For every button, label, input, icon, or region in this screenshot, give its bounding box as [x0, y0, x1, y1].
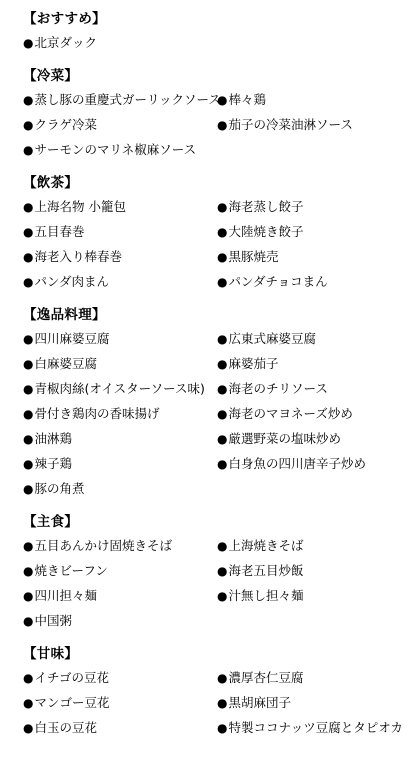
menu-row: ●四川担々麺●汁無し担々麺 — [23, 583, 405, 608]
menu-row: ●白麻婆豆腐●麻婆茄子 — [23, 351, 405, 376]
menu-item-label: 白麻婆豆腐 — [34, 356, 97, 371]
menu-item: ●パンダ肉まん — [23, 269, 217, 294]
bullet-icon: ● — [23, 457, 33, 471]
menu-item-label: 五目春巻 — [34, 224, 84, 239]
menu-item-label: 厳選野菜の塩味炒め — [228, 431, 341, 446]
menu-item: ●四川担々麺 — [23, 583, 217, 608]
menu-row: ●クラゲ冷菜●茄子の冷菜油淋ソース — [23, 112, 405, 137]
menu-row: ●辣子鶏●白身魚の四川唐辛子炒め — [23, 451, 405, 476]
menu-item: ●骨付き鶏肉の香味揚げ — [23, 401, 217, 426]
menu-item: ●イチゴの豆花 — [23, 665, 217, 690]
menu-item: ●茄子の冷菜油淋ソース — [217, 112, 405, 137]
bullet-icon: ● — [23, 382, 33, 396]
menu-item: ●パンダチョコまん — [217, 269, 405, 294]
menu-item-label: 茄子の冷菜油淋ソース — [228, 117, 352, 132]
menu-item — [217, 608, 405, 633]
bullet-icon: ● — [217, 564, 227, 578]
menu-section: 【主食】●五目あんかけ固焼きそば●上海焼きそば●焼きビーフン●海老五目炒飯●四川… — [23, 511, 405, 633]
bullet-icon: ● — [217, 382, 227, 396]
menu-item: ●黒胡麻団子 — [217, 690, 405, 715]
menu-item: ●広東式麻婆豆腐 — [217, 326, 405, 351]
menu-section: 【おすすめ】●北京ダック — [23, 8, 405, 55]
menu-item-label: 大陸焼き餃子 — [228, 224, 303, 239]
menu-item-label: 北京ダック — [34, 35, 97, 50]
menu-item-label: パンダ肉まん — [34, 274, 109, 289]
bullet-icon: ● — [23, 200, 33, 214]
menu-item: ●蒸し豚の重慶式ガーリックソース — [23, 87, 217, 112]
menu-item: ●五目あんかけ固焼きそば — [23, 533, 217, 558]
bullet-icon: ● — [217, 250, 227, 264]
menu-item-label: 黒胡麻団子 — [228, 695, 291, 710]
menu-item: ●海老五目炒飯 — [217, 558, 405, 583]
menu-item-label: 骨付き鶏肉の香味揚げ — [34, 406, 159, 421]
menu-item: ●サーモンのマリネ椒麻ソース — [23, 137, 217, 162]
menu-item: ●海老蒸し餃子 — [217, 194, 405, 219]
menu-item-label: 海老のマヨネーズ炒め — [228, 406, 352, 421]
bullet-icon: ● — [217, 118, 227, 132]
menu-item: ●中国粥 — [23, 608, 217, 633]
menu-row: ●油淋鶏●厳選野菜の塩味炒め — [23, 426, 405, 451]
menu-item: ●海老入り棒春巻 — [23, 244, 217, 269]
menu-item-label: 蒸し豚の重慶式ガーリックソース — [34, 92, 220, 107]
menu-row: ●四川麻婆豆腐●広東式麻婆豆腐 — [23, 326, 405, 351]
menu-item: ●豚の角煮 — [23, 476, 217, 501]
bullet-icon: ● — [23, 36, 33, 50]
menu-item-label: 棒々鶏 — [228, 92, 266, 107]
bullet-icon: ● — [217, 93, 227, 107]
menu-item-label: 上海焼きそば — [228, 538, 303, 553]
section-title: 【逸品料理】 — [23, 304, 405, 326]
bullet-icon: ● — [217, 721, 227, 735]
menu-item: ●黒豚焼売 — [217, 244, 405, 269]
bullet-icon: ● — [217, 696, 227, 710]
menu-item: ●青椒肉絲(オイスターソース味) — [23, 376, 217, 401]
menu-item-label: 海老五目炒飯 — [228, 563, 303, 578]
menu-item — [217, 30, 405, 55]
menu-row: ●海老入り棒春巻●黒豚焼売 — [23, 244, 405, 269]
menu-item-label: 上海名物 小籠包 — [34, 199, 125, 214]
menu-row: ●白玉の豆花●特製ココナッツ豆腐とタピオカミルク — [23, 715, 405, 740]
section-title: 【飲茶】 — [23, 172, 405, 194]
bullet-icon: ● — [23, 482, 33, 496]
menu-row: ●マンゴー豆花●黒胡麻団子 — [23, 690, 405, 715]
menu-row: ●五目あんかけ固焼きそば●上海焼きそば — [23, 533, 405, 558]
menu-item-label: サーモンのマリネ椒麻ソース — [34, 142, 196, 157]
menu-item-label: 油淋鶏 — [34, 431, 72, 446]
bullet-icon: ● — [23, 250, 33, 264]
menu-row: ●豚の角煮 — [23, 476, 405, 501]
menu-row: ●パンダ肉まん●パンダチョコまん — [23, 269, 405, 294]
menu-item-label: 五目あんかけ固焼きそば — [34, 538, 172, 553]
menu-row: ●蒸し豚の重慶式ガーリックソース●棒々鶏 — [23, 87, 405, 112]
menu-item-label: 中国粥 — [34, 613, 72, 628]
menu-item-label: 麻婆茄子 — [228, 356, 278, 371]
bullet-icon: ● — [217, 457, 227, 471]
menu-row: ●イチゴの豆花●濃厚杏仁豆腐 — [23, 665, 405, 690]
menu-item — [217, 476, 405, 501]
bullet-icon: ● — [217, 275, 227, 289]
menu-item-label: 白身魚の四川唐辛子炒め — [228, 456, 366, 471]
bullet-icon: ● — [23, 225, 33, 239]
section-title: 【甘味】 — [23, 643, 405, 665]
menu-item-label: パンダチョコまん — [228, 274, 327, 289]
menu-item-label: 特製ココナッツ豆腐とタピオカミルク — [228, 720, 405, 735]
menu-row: ●青椒肉絲(オイスターソース味)●海老のチリソース — [23, 376, 405, 401]
menu-item-label: マンゴー豆花 — [34, 695, 109, 710]
menu-item: ●特製ココナッツ豆腐とタピオカミルク — [217, 715, 405, 740]
menu-item-label: 黒豚焼売 — [228, 249, 278, 264]
menu-item-label: 広東式麻婆豆腐 — [228, 331, 316, 346]
menu-item-label: 青椒肉絲(オイスターソース味) — [34, 381, 204, 396]
menu-item-label: 海老入り棒春巻 — [34, 249, 122, 264]
menu-row: ●サーモンのマリネ椒麻ソース — [23, 137, 405, 162]
menu-item: ●海老のチリソース — [217, 376, 405, 401]
menu-item: ●麻婆茄子 — [217, 351, 405, 376]
menu-item-label: 海老のチリソース — [228, 381, 327, 396]
menu-item-label: 濃厚杏仁豆腐 — [228, 670, 303, 685]
bullet-icon: ● — [217, 225, 227, 239]
bullet-icon: ● — [217, 200, 227, 214]
bullet-icon: ● — [23, 721, 33, 735]
bullet-icon: ● — [217, 589, 227, 603]
menu-item: ●マンゴー豆花 — [23, 690, 217, 715]
menu-item: ●白身魚の四川唐辛子炒め — [217, 451, 405, 476]
menu-item-label: 四川麻婆豆腐 — [34, 331, 109, 346]
section-title: 【冷菜】 — [23, 65, 405, 87]
menu-item: ●クラゲ冷菜 — [23, 112, 217, 137]
bullet-icon: ● — [23, 539, 33, 553]
menu-item: ●濃厚杏仁豆腐 — [217, 665, 405, 690]
bullet-icon: ● — [217, 407, 227, 421]
menu-item: ●棒々鶏 — [217, 87, 405, 112]
bullet-icon: ● — [23, 357, 33, 371]
menu-section: 【甘味】●イチゴの豆花●濃厚杏仁豆腐●マンゴー豆花●黒胡麻団子●白玉の豆花●特製… — [23, 643, 405, 740]
bullet-icon: ● — [23, 407, 33, 421]
bullet-icon: ● — [23, 589, 33, 603]
menu-item — [217, 137, 405, 162]
bullet-icon: ● — [23, 332, 33, 346]
bullet-icon: ● — [217, 432, 227, 446]
menu-item-label: 白玉の豆花 — [34, 720, 97, 735]
menu-item: ●海老のマヨネーズ炒め — [217, 401, 405, 426]
menu-section: 【逸品料理】●四川麻婆豆腐●広東式麻婆豆腐●白麻婆豆腐●麻婆茄子●青椒肉絲(オイ… — [23, 304, 405, 501]
menu-item: ●辣子鶏 — [23, 451, 217, 476]
menu-item: ●上海名物 小籠包 — [23, 194, 217, 219]
menu-item: ●上海焼きそば — [217, 533, 405, 558]
bullet-icon: ● — [217, 539, 227, 553]
menu-item: ●油淋鶏 — [23, 426, 217, 451]
menu-item-label: 辣子鶏 — [34, 456, 72, 471]
bullet-icon: ● — [23, 143, 33, 157]
menu-row: ●上海名物 小籠包●海老蒸し餃子 — [23, 194, 405, 219]
menu-item: ●汁無し担々麺 — [217, 583, 405, 608]
menu-item-label: 四川担々麺 — [34, 588, 97, 603]
bullet-icon: ● — [217, 671, 227, 685]
menu-item: ●焼きビーフン — [23, 558, 217, 583]
menu-item: ●五目春巻 — [23, 219, 217, 244]
menu-item-label: 豚の角煮 — [34, 481, 84, 496]
bullet-icon: ● — [23, 118, 33, 132]
bullet-icon: ● — [23, 275, 33, 289]
bullet-icon: ● — [23, 432, 33, 446]
bullet-icon: ● — [23, 564, 33, 578]
menu-item-label: クラゲ冷菜 — [34, 117, 97, 132]
menu-row: ●北京ダック — [23, 30, 405, 55]
bullet-icon: ● — [217, 332, 227, 346]
menu-item: ●北京ダック — [23, 30, 217, 55]
menu-item: ●白玉の豆花 — [23, 715, 217, 740]
menu-item-label: 焼きビーフン — [34, 563, 107, 578]
bullet-icon: ● — [23, 614, 33, 628]
menu-root: 【おすすめ】●北京ダック【冷菜】●蒸し豚の重慶式ガーリックソース●棒々鶏●クラゲ… — [0, 0, 405, 740]
bullet-icon: ● — [23, 696, 33, 710]
section-title: 【主食】 — [23, 511, 405, 533]
menu-item: ●大陸焼き餃子 — [217, 219, 405, 244]
menu-item: ●厳選野菜の塩味炒め — [217, 426, 405, 451]
menu-section: 【冷菜】●蒸し豚の重慶式ガーリックソース●棒々鶏●クラゲ冷菜●茄子の冷菜油淋ソー… — [23, 65, 405, 162]
menu-row: ●骨付き鶏肉の香味揚げ●海老のマヨネーズ炒め — [23, 401, 405, 426]
menu-item-label: イチゴの豆花 — [34, 670, 109, 685]
menu-row: ●焼きビーフン●海老五目炒飯 — [23, 558, 405, 583]
menu-row: ●五目春巻●大陸焼き餃子 — [23, 219, 405, 244]
menu-item: ●四川麻婆豆腐 — [23, 326, 217, 351]
section-title: 【おすすめ】 — [23, 8, 405, 30]
menu-row: ●中国粥 — [23, 608, 405, 633]
menu-section: 【飲茶】●上海名物 小籠包●海老蒸し餃子●五目春巻●大陸焼き餃子●海老入り棒春巻… — [23, 172, 405, 294]
bullet-icon: ● — [23, 93, 33, 107]
menu-item-label: 海老蒸し餃子 — [228, 199, 303, 214]
bullet-icon: ● — [23, 671, 33, 685]
menu-item-label: 汁無し担々麺 — [228, 588, 303, 603]
menu-item: ●白麻婆豆腐 — [23, 351, 217, 376]
bullet-icon: ● — [217, 357, 227, 371]
